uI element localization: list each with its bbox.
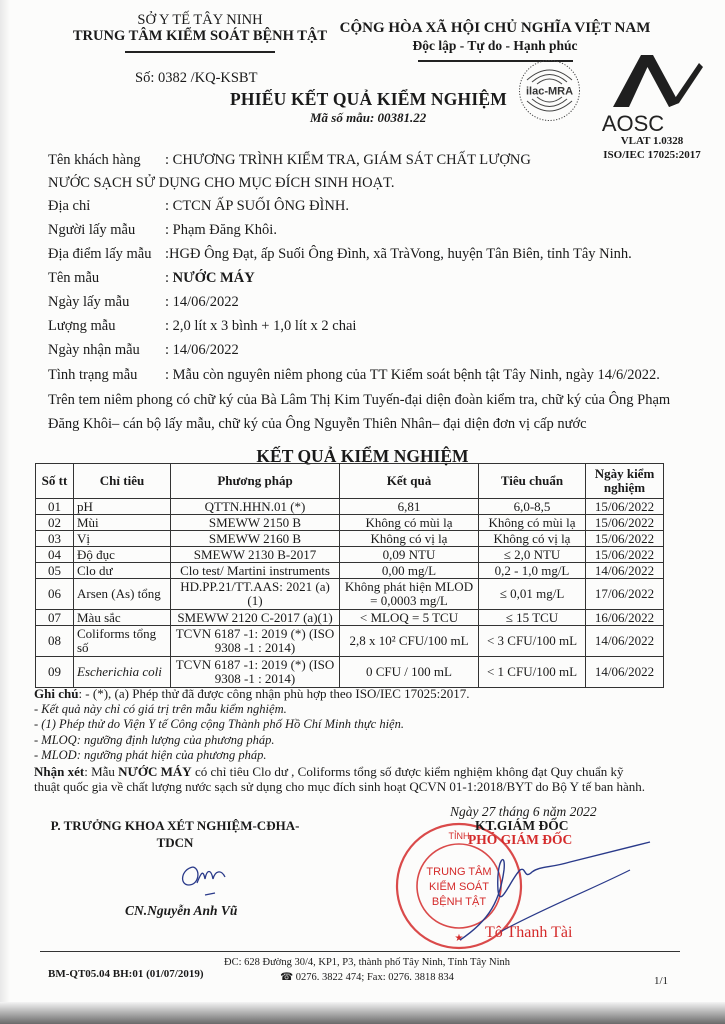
left-title-2: TDCN	[40, 834, 310, 851]
row-method: SMEWW 2120 C-2017 (a)(1)	[171, 610, 340, 626]
form-code: BM-QT05.04 BH:01 (01/07/2019)	[48, 968, 204, 980]
row-parameter: Clo dư	[74, 563, 171, 579]
sampler-row: Người lấy mẫu: Phạm Đăng Khôi.	[48, 222, 277, 239]
row-result: Không phát hiện MLOD = 0,0003 mg/L	[340, 579, 479, 610]
row-standard: Không có vị lạ	[479, 531, 586, 547]
col-standard: Tiêu chuẩn	[479, 464, 586, 499]
row-test-date: 15/06/2022	[586, 531, 664, 547]
col-parameter: Chỉ tiêu	[74, 464, 171, 499]
received-date-label: Ngày nhận mẫu	[48, 342, 165, 359]
table-row: 01pHQTTN.HHN.01 (*)6,816,0-8,515/06/2022	[36, 499, 664, 515]
row-result: 0 CFU / 100 mL	[340, 657, 479, 688]
svg-text:ilac-MRA: ilac-MRA	[526, 86, 573, 98]
row-number: 03	[36, 531, 74, 547]
quantity-value: : 2,0 lít x 3 bình + 1,0 lít x 2 chai	[165, 318, 356, 334]
row-method: TCVN 6187 -1: 2019 (*) (ISO 9308 -1 : 20…	[171, 626, 340, 657]
issuing-organization: SỞ Y TẾ TÂY NINH TRUNG TÂM KIỂM SOÁT BỆN…	[40, 12, 360, 53]
row-test-date: 14/06/2022	[586, 563, 664, 579]
row-standard: 6,0-8,5	[479, 499, 586, 515]
table-row: 09Escherichia coliTCVN 6187 -1: 2019 (*)…	[36, 657, 664, 688]
right-signatory-name: Tô Thanh Tài	[485, 924, 572, 942]
results-header-row: Số tt Chỉ tiêu Phương pháp Kết quả Tiêu …	[36, 464, 664, 499]
address-row: Địa chỉ: CTCN ẤP SUỐI ÔNG ĐÌNH.	[48, 198, 349, 215]
left-signatory-name: CN.Nguyễn Anh Vũ	[125, 903, 237, 919]
accreditation-code: VLAT 1.0328	[588, 134, 716, 148]
notes-label: Ghi chú	[34, 686, 78, 701]
location-value: :HGĐ Ông Đạt, ấp Suối Ông Đình, xã TràVo…	[165, 246, 632, 262]
sampler-value: : Phạm Đăng Khôi.	[165, 222, 277, 238]
row-parameter: Vị	[74, 531, 171, 547]
page-title: PHIẾU KẾT QUẢ KIỂM NGHIỆM	[230, 89, 507, 110]
row-result: 2,8 x 10² CFU/100 mL	[340, 626, 479, 657]
row-result: Không có mùi lạ	[340, 515, 479, 531]
remark-label: Nhận xét	[34, 764, 84, 779]
row-test-date: 14/06/2022	[586, 657, 664, 688]
table-row: 02MùiSMEWW 2150 BKhông có mùi lạKhông có…	[36, 515, 664, 531]
note-line-2: - Kết quả này chỉ có giá trị trên mẫu ki…	[34, 702, 714, 718]
sampling-date-value: : 14/06/2022	[165, 294, 239, 310]
row-standard: ≤ 15 TCU	[479, 610, 586, 626]
row-number: 06	[36, 579, 74, 610]
row-method: TCVN 6187 -1: 2019 (*) (ISO 9308 -1 : 20…	[171, 657, 340, 688]
note-line-1: : - (*), (a) Phép thử đã được công nhận …	[78, 686, 469, 701]
country-name: CỘNG HÒA XÃ HỘI CHỦ NGHĨA VIỆT NAM	[330, 20, 660, 37]
row-test-date: 16/06/2022	[586, 610, 664, 626]
row-parameter: Mùi	[74, 515, 171, 531]
svg-text:AOSC: AOSC	[602, 111, 664, 135]
remark-post: có chỉ tiêu Clo dư , Coliforms tổng số đ…	[192, 764, 624, 779]
row-test-date: 15/06/2022	[586, 547, 664, 563]
row-number: 08	[36, 626, 74, 657]
row-standard: 0,2 - 1,0 mg/L	[479, 563, 586, 579]
org-name: TRUNG TÂM KIỂM SOÁT BỆNH TẬT	[40, 28, 360, 45]
row-method: QTTN.HHN.01 (*)	[171, 499, 340, 515]
sample-code: Mã số mẫu: 00381.22	[310, 110, 426, 126]
row-method: SMEWW 2130 B-2017	[171, 547, 340, 563]
row-parameter: Arsen (As) tổng	[74, 579, 171, 610]
row-standard: < 1 CFU/100 mL	[479, 657, 586, 688]
scan-bottom-shadow	[0, 1002, 725, 1024]
customer-label: Tên khách hàng	[48, 152, 165, 169]
address-value: : CTCN ẤP SUỐI ÔNG ĐÌNH.	[165, 198, 349, 214]
left-signature-icon	[175, 855, 245, 900]
row-number: 02	[36, 515, 74, 531]
document-number: Số: 0382 /KQ-KSBT	[135, 70, 257, 87]
page-number: 1/1	[654, 975, 668, 987]
footer-address-line: ĐC: 628 Đường 30/4, KP1, P3, thành phố T…	[222, 955, 512, 970]
accreditation-info: VLAT 1.0328 ISO/IEC 17025:2017	[588, 134, 716, 162]
row-standard: < 3 CFU/100 mL	[479, 626, 586, 657]
note-line-3: - (1) Phép thử do Viện Y tế Công cộng Th…	[34, 717, 714, 733]
header-underline	[125, 51, 275, 53]
row-parameter: Độ đục	[74, 547, 171, 563]
row-number: 05	[36, 563, 74, 579]
address-label: Địa chỉ	[48, 198, 165, 215]
row-test-date: 17/06/2022	[586, 579, 664, 610]
table-row: 06Arsen (As) tổngHD.PP.21/TT.AAS: 2021 (…	[36, 579, 664, 610]
note-line-4: - MLOQ: ngưỡng định lượng của phương phá…	[34, 733, 714, 749]
row-method: SMEWW 2150 B	[171, 515, 340, 531]
col-no: Số tt	[36, 464, 74, 499]
row-test-date: 14/06/2022	[586, 626, 664, 657]
customer-value: : CHƯƠNG TRÌNH KIỂM TRA, GIÁM SÁT CHẤT L…	[165, 152, 531, 168]
row-number: 04	[36, 547, 74, 563]
row-parameter: Màu sắc	[74, 610, 171, 626]
quantity-label: Lượng mẫu	[48, 318, 165, 335]
table-row: 03VịSMEWW 2160 BKhông có vị lạKhông có v…	[36, 531, 664, 547]
table-row: 07Màu sắcSMEWW 2120 C-2017 (a)(1)< MLOQ …	[36, 610, 664, 626]
received-date-row: Ngày nhận mẫu: 14/06/2022	[48, 342, 239, 359]
location-row: Địa điểm lấy mẫu:HGĐ Ông Đạt, ấp Suối Ôn…	[48, 246, 632, 263]
table-row: 08Coliforms tổng sốTCVN 6187 -1: 2019 (*…	[36, 626, 664, 657]
col-test-date: Ngày kiểm nghiệm	[586, 464, 664, 499]
row-method: HD.PP.21/TT.AAS: 2021 (a)(1)	[171, 579, 340, 610]
row-result: < MLOQ = 5 TCU	[340, 610, 479, 626]
aosc-logo-icon: AOSC	[595, 45, 707, 135]
sample-name-row: Tên mẫu: NƯỚC MÁY	[48, 270, 255, 287]
sampler-label: Người lấy mẫu	[48, 222, 165, 239]
row-test-date: 15/06/2022	[586, 499, 664, 515]
sample-name-prefix: :	[165, 270, 173, 286]
row-standard: ≤ 2,0 NTU	[479, 547, 586, 563]
row-method: SMEWW 2160 B	[171, 531, 340, 547]
note-accredited: Ghi chú: - (*), (a) Phép thử đã được côn…	[34, 686, 714, 702]
row-result: Không có vị lạ	[340, 531, 479, 547]
remark-cont: thuật quốc gia về chất lượng nước sạch s…	[34, 779, 714, 795]
condition-row: Tình trạng mẫu: Mẫu còn nguyên niêm phon…	[48, 367, 660, 384]
condition-cont-2: Đăng Khôi– cán bộ lấy mẫu, chữ ký của Ôn…	[48, 416, 587, 433]
row-parameter: Coliforms tổng số	[74, 626, 171, 657]
condition-cont-1: Trên tem niêm phong có chữ ký của Bà Lâm…	[48, 392, 670, 409]
accreditation-standard: ISO/IEC 17025:2017	[588, 148, 716, 162]
scan-edge-shadow	[0, 0, 10, 1024]
row-test-date: 15/06/2022	[586, 515, 664, 531]
sampling-date-label: Ngày lấy mẫu	[48, 294, 165, 311]
row-result: 6,81	[340, 499, 479, 515]
row-parameter: pH	[74, 499, 171, 515]
remark: Nhận xét: Mẫu NƯỚC MÁY có chỉ tiêu Clo d…	[34, 764, 714, 780]
sampling-date-row: Ngày lấy mẫu: 14/06/2022	[48, 294, 239, 311]
customer-value-cont: NƯỚC SẠCH SỬ DỤNG CHO MỤC ĐÍCH SINH HOẠT…	[48, 175, 395, 192]
table-row: 04Độ đụcSMEWW 2130 B-20170,09 NTU≤ 2,0 N…	[36, 547, 664, 563]
left-title-1: P. TRƯỞNG KHOA XÉT NGHIỆM-CĐHA-	[40, 817, 310, 834]
footer-contact-line: ☎ 0276. 3822 474; Fax: 0276. 3818 834	[222, 970, 512, 985]
ilac-mra-logo-icon: ilac-MRA	[517, 58, 582, 123]
received-date-value: : 14/06/2022	[165, 342, 239, 358]
footer-address: ĐC: 628 Đường 30/4, KP1, P3, thành phố T…	[222, 955, 512, 985]
row-parameter: Escherichia coli	[74, 657, 171, 688]
quantity-row: Lượng mẫu: 2,0 lít x 3 bình + 1,0 lít x …	[48, 318, 356, 335]
row-result: 0,00 mg/L	[340, 563, 479, 579]
note-line-5: - MLOD: ngưỡng phát hiện của phương pháp…	[34, 748, 714, 764]
condition-label: Tình trạng mẫu	[48, 367, 165, 384]
row-standard: ≤ 0,01 mg/L	[479, 579, 586, 610]
col-method: Phương pháp	[171, 464, 340, 499]
location-label: Địa điểm lấy mẫu	[48, 246, 165, 263]
org-parent: SỞ Y TẾ TÂY NINH	[40, 12, 360, 28]
sample-name-label: Tên mẫu	[48, 270, 165, 287]
remark-pre: : Mẫu	[84, 764, 118, 779]
remark-sample: NƯỚC MÁY	[118, 764, 192, 779]
footer-divider	[40, 951, 680, 952]
notes-section: Ghi chú: - (*), (a) Phép thử đã được côn…	[34, 686, 714, 795]
row-method: Clo test/ Martini instruments	[171, 563, 340, 579]
customer-row: Tên khách hàng: CHƯƠNG TRÌNH KIỂM TRA, G…	[48, 152, 531, 169]
left-signatory-title: P. TRƯỞNG KHOA XÉT NGHIỆM-CĐHA- TDCN	[40, 817, 310, 851]
row-number: 09	[36, 657, 74, 688]
condition-value: : Mẫu còn nguyên niêm phong của TT Kiểm …	[165, 367, 660, 383]
sample-name-value: NƯỚC MÁY	[173, 270, 255, 286]
row-number: 07	[36, 610, 74, 626]
row-standard: Không có mùi lạ	[479, 515, 586, 531]
col-result: Kết quả	[340, 464, 479, 499]
row-number: 01	[36, 499, 74, 515]
table-row: 05Clo dưClo test/ Martini instruments0,0…	[36, 563, 664, 579]
results-table: Số tt Chỉ tiêu Phương pháp Kết quả Tiêu …	[35, 463, 664, 688]
row-result: 0,09 NTU	[340, 547, 479, 563]
